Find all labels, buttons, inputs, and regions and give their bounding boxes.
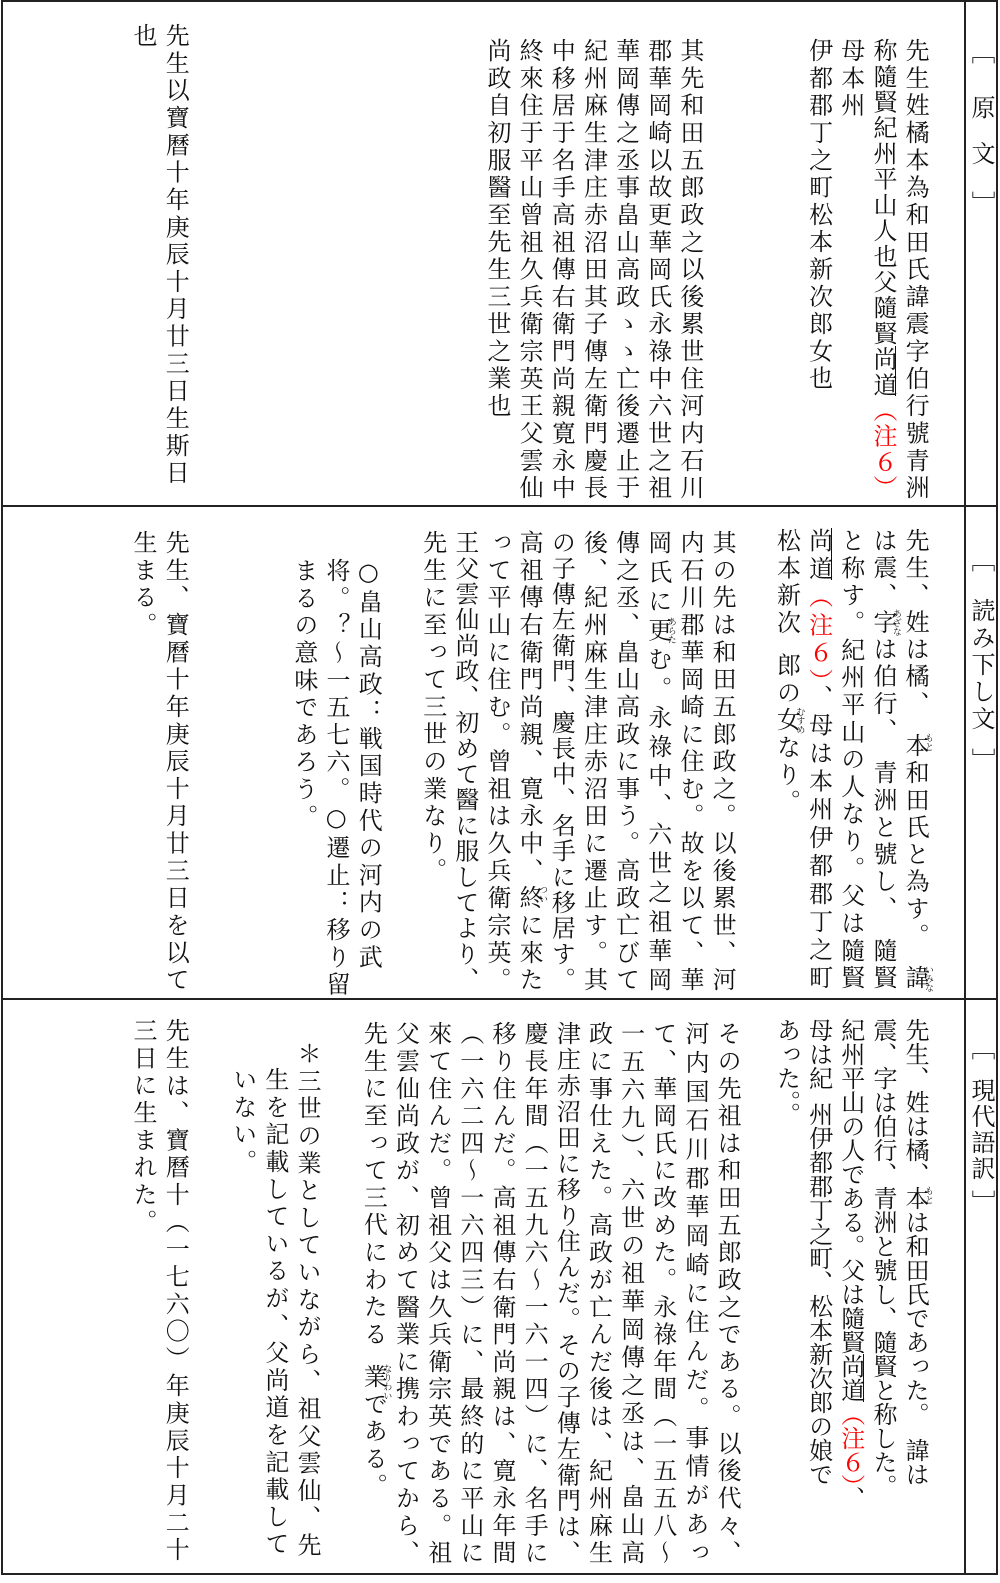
text-column: 震、字は伯行、青洲と號し、隨賢と称した。 xyxy=(867,1018,899,1561)
text-column: 一五六九）、六世の祖華岡傳之丞は、畠山高 xyxy=(614,1021,646,1564)
text-column: 郡華岡崎以故更華岡氏永祿中六世之祖 xyxy=(642,38,674,499)
text-column: 先生に至って三世の業なり。 xyxy=(417,530,449,991)
text-column: 先生姓橘本為和田氏諱震字伯行號青洲 xyxy=(899,38,931,499)
column-text: あった。。 xyxy=(772,1018,800,1126)
column-text: と称す。紀州平山の人なり。父は隨賢 xyxy=(837,528,865,992)
label-bracket-open: ［ xyxy=(967,1036,995,1060)
label-text: 読み下し文 xyxy=(967,598,995,733)
column-text: 先生、寶曆十年庚辰十月廿三日を以て xyxy=(161,530,189,994)
document-page: ［原文］ 先生姓橘本為和田氏諱震字伯行號青洲称隨賢紀州平山人也父隨賢尚道（注６）… xyxy=(0,0,1000,1583)
text-column: （一六二四～一六四三）に、最終的に平山に xyxy=(454,1021,486,1564)
row-divider xyxy=(1,998,998,1000)
section-label-original-text: ［原文］ xyxy=(965,40,997,215)
column-text: て、華岡氏に改めた。永祿年間（一五五八～ xyxy=(649,1021,677,1567)
column-text: 先生、姓は橘、本は和田氏であった。 諱は xyxy=(901,1018,929,1486)
column-text: 中移居于名手高祖傳右衛門尚親寛永中 xyxy=(547,38,575,502)
column-text: 慶長年間（一五九六～一六一四）に、名手に xyxy=(520,1021,548,1567)
text-column: 父雲仙尚政が、初めて醫業に携わってから、 xyxy=(389,1021,421,1564)
label-bracket-open: ［ xyxy=(967,40,995,64)
column-text: は震、字は伯行、 青洲と號し、 隨賢 xyxy=(869,528,897,992)
text-column: 王父雲仙尚政、初めて醫に服してより、 xyxy=(449,530,481,991)
column-text: 來て住んだ。曾祖父は久兵衛宗英である。祖 xyxy=(424,1021,452,1567)
column-text: 郡華岡崎以故更華岡氏永祿中六世之祖 xyxy=(644,38,672,502)
text-column: 中移居于名手高祖傳右衛門尚親寛永中 xyxy=(545,38,577,499)
text-column: 将。？～一五七六。○遷止：移り留 xyxy=(320,558,352,996)
column-text: 紀州麻生津庄赤沼田其子傳左衛門慶長 xyxy=(579,38,607,502)
translation-ancestry-paragraph: その先祖は和田五郎政之である。以後代々、河内国石川郡華岡崎に住んだ。事情があって… xyxy=(357,1021,743,1564)
note-reference: （注６） xyxy=(837,1402,865,1486)
text-column: 先生、姓は橘、本は和田氏であった。 諱は xyxy=(899,1018,931,1561)
text-column: 伊都郡丁之町松本新次郎女也 xyxy=(802,38,834,499)
label-bracket-close: ］ xyxy=(967,748,995,772)
text-column: の子傳左衛門、慶長中、名手に移居す。 xyxy=(545,530,577,991)
text-column: 内石川郡華岡崎に住む。故を以て、華 xyxy=(674,530,706,991)
reading-birth-paragraph: 先生、寶曆十年庚辰十月廿三日を以て生まる。 xyxy=(127,530,191,991)
text-column: 尚政自初服醫至先生三世之業也 xyxy=(481,38,513,499)
column-text: 尚政自初服醫至先生三世之業也 xyxy=(483,38,511,420)
text-column: 生まる。 xyxy=(127,530,159,991)
text-column: 後、紀州麻生津庄赤沼田に遷止す。其 xyxy=(577,530,609,991)
text-column: 政に事仕えた。高政が亡んだ後は、紀州麻生 xyxy=(582,1021,614,1564)
text-column: 生を記載しているが、父尚道を記載して xyxy=(259,1041,291,1561)
label-bracket-open: ［ xyxy=(967,548,995,572)
translation-intro-paragraph: 先生、姓は橘、本は和田氏であった。 諱は震、字は伯行、青洲と號し、隨賢と称した。… xyxy=(770,1018,931,1561)
reading-annotation-note: ○畠山高政：戦国時代の河内の武将。？～一五七六。○遷止：移り留まるの意味であろう… xyxy=(288,558,384,996)
section-label-kundoku-reading: ［読み下し文］ xyxy=(965,548,997,772)
ruby-text: むすめ xyxy=(794,707,804,734)
column-text: いない。 xyxy=(229,1067,257,1176)
column-text: 生を記載しているが、父尚道を記載して xyxy=(261,1067,289,1558)
text-column: 慶長年間（一五九六～一六一四）に、名手に xyxy=(518,1021,550,1564)
reading-intro-paragraph: 先生、姓は橘、 本和田氏と為す。 諱は震、字は伯行、 青洲と號し、 隨賢と称す。… xyxy=(770,528,931,989)
text-column: 先生以寶曆十年庚辰十月廿三日生斯日 xyxy=(159,23,191,484)
column-text: 其先和田五郎政之以後累世住河内石川 xyxy=(676,38,704,502)
text-column: あった。。 xyxy=(770,1018,802,1561)
text-column: 來て住んだ。曾祖父は久兵衛宗英である。祖 xyxy=(422,1021,454,1564)
column-text: 高祖傳右衛門尚親、寛永中、終に來た xyxy=(515,530,543,994)
text-column: ○畠山高政：戦国時代の河内の武 xyxy=(352,558,384,996)
sidelined-name: 尚道 xyxy=(805,528,833,584)
text-column: 華岡傳之丞事畠山高政ゝゝ亡後遷止于 xyxy=(609,38,641,499)
column-text: 後、紀州麻生津庄赤沼田に遷止す。其 xyxy=(579,530,607,994)
reading-ancestry-paragraph: 其の先は和田五郎政之。以後累世、河内石川郡華岡崎に住む。故を以て、華岡氏に更む。… xyxy=(417,530,739,991)
column-text: 生まる。 xyxy=(129,530,157,639)
column-text: 先生に至って三代にわたる 業である。 xyxy=(359,1021,387,1500)
column-text: 其の先は和田五郎政之。以後累世、河 xyxy=(708,530,736,994)
column-text: ○畠山高政：戦国時代の河内の武 xyxy=(354,558,382,972)
text-column: 三日に生まれた。 xyxy=(127,1018,159,1561)
column-text: ＊三世の業としていながら、祖父雲仙、先 xyxy=(293,1041,321,1560)
label-text: 現代語訳 xyxy=(967,1078,995,1182)
original-ancestry-paragraph: 其先和田五郎政之以後累世住河内石川郡華岡崎以故更華岡氏永祿中六世之祖華岡傳之丞事… xyxy=(481,38,706,499)
label-bracket-close: ］ xyxy=(967,191,995,215)
ruby-text: なりわい xyxy=(381,1364,391,1400)
text-column: 先生、姓は橘、 本和田氏と為す。 諱 xyxy=(899,528,931,989)
text-column: 母は紀 州伊都郡丁之町、松本新次郎の娘で xyxy=(802,1018,834,1561)
ruby-text: いみな xyxy=(923,965,933,992)
column-text: 伊都郡丁之町松本新次郎女也 xyxy=(805,38,833,393)
note-reference: （注６） xyxy=(805,584,833,684)
original-birth-paragraph: 先生以寶曆十年庚辰十月廿三日生斯日也 xyxy=(127,23,191,484)
column-text: 先生、姓は橘、 本和田氏と為す。 諱 xyxy=(901,528,929,992)
column-text: 先生は、寶曆十（一七六〇）年庚辰十月二十 xyxy=(161,1018,189,1564)
ruby-text: あらた xyxy=(666,617,676,644)
column-text: 母本州 xyxy=(837,38,865,120)
column-text: 移り住んだ。高祖傳右衛門尚親は、寛永年間 xyxy=(488,1021,516,1567)
column-text: 三日に生まれた。 xyxy=(129,1018,157,1236)
sidelined-name: 尚道 xyxy=(837,1354,865,1402)
text-column: と称す。紀州平山の人なり。父は隨賢 xyxy=(835,528,867,989)
column-text: 王父雲仙尚政、初めて醫に服してより、 xyxy=(451,530,479,993)
text-column: その先祖は和田五郎政之である。以後代々、 xyxy=(711,1021,743,1564)
row-divider xyxy=(1,505,998,507)
label-column-divider xyxy=(964,0,966,1575)
column-text: って平山に住む。曾祖は久兵衛宗英。 xyxy=(483,530,511,994)
ruby-text: もと xyxy=(923,733,933,751)
text-column: 也 xyxy=(127,23,159,484)
sidelined-name: 尚道 xyxy=(869,346,897,397)
label-bracket-close: ］ xyxy=(967,1190,995,1214)
text-column: 其の先は和田五郎政之。以後累世、河 xyxy=(706,530,738,991)
column-text: 内石川郡華岡崎に住む。故を以て、華 xyxy=(676,530,704,994)
text-column: は震、字は伯行、 青洲と號し、 隨賢 xyxy=(867,528,899,989)
column-text: その先祖は和田五郎政之である。以後代々、 xyxy=(713,1021,741,1567)
note-reference: （注６） xyxy=(869,398,897,501)
sideline-mark xyxy=(895,346,896,396)
text-column: 先生に至って三代にわたる 業である。 xyxy=(357,1021,389,1564)
column-text: 河内国石川郡華岡崎に住んだ。事情があっ xyxy=(681,1021,709,1569)
ruby-text: あざな xyxy=(891,609,901,636)
text-column: まるの意味であろう。 xyxy=(288,558,320,996)
column-text: 終來住于平山曾祖久兵衛宗英王父雲仙 xyxy=(515,38,543,502)
text-column: 傳之丞、畠山高政に事う。高政亡びて xyxy=(609,530,641,991)
original-intro-paragraph: 先生姓橘本為和田氏諱震字伯行號青洲称隨賢紀州平山人也父隨賢尚道（注６）母本州 xyxy=(835,38,931,499)
text-column: 其先和田五郎政之以後累世住河内石川 xyxy=(674,38,706,499)
column-text: 称隨賢紀州平山人也父隨賢尚道（注６） xyxy=(869,38,897,501)
column-text: 傳之丞、畠山高政に事う。高政亡びて xyxy=(612,530,640,994)
text-column: 松本新次 郎の女なり。 xyxy=(770,528,802,989)
text-column: 尚道（注６）、母は本州伊都郡丁之町 xyxy=(802,528,834,989)
text-column: 終來住于平山曾祖久兵衛宗英王父雲仙 xyxy=(513,38,545,499)
column-text: 先生姓橘本為和田氏諱震字伯行號青洲 xyxy=(901,38,929,502)
text-column: 高祖傳右衛門尚親、寛永中、終に來た xyxy=(513,530,545,991)
text-column: 津庄赤沼田に移り住んだ。その子傳左衛門は、 xyxy=(550,1021,582,1564)
column-text: 一五六九）、六世の祖華岡傳之丞は、畠山高 xyxy=(617,1021,645,1568)
original-mother-line: 伊都郡丁之町松本新次郎女也 xyxy=(802,38,834,499)
column-text: 尚道（注６）、母は本州伊都郡丁之町 xyxy=(805,528,833,993)
text-column: 紀州平山の人である。父は隨賢尚道（注６）、 xyxy=(835,1018,867,1561)
column-text: 先生以寶曆十年庚辰十月廿三日生斯日 xyxy=(161,23,189,487)
text-column: 移り住んだ。高祖傳右衛門尚親は、寛永年間 xyxy=(486,1021,518,1564)
label-text: 原文 xyxy=(967,95,995,187)
column-text: 紀州平山の人である。父は隨賢尚道（注６）、 xyxy=(837,1018,865,1510)
text-column: 河内国石川郡華岡崎に住んだ。事情があっ xyxy=(679,1021,711,1564)
text-column: って平山に住む。曾祖は久兵衛宗英。 xyxy=(481,530,513,991)
text-column: 岡氏に更む。永祿中、六世之祖華岡 xyxy=(642,530,674,991)
text-column: 先生は、寶曆十（一七六〇）年庚辰十月二十 xyxy=(159,1018,191,1561)
translation-annotation-note: ＊三世の業としていながら、祖父雲仙、先生を記載しているが、父尚道を記載していない… xyxy=(227,1041,323,1561)
translation-birth-paragraph: 先生は、寶曆十（一七六〇）年庚辰十月二十三日に生まれた。 xyxy=(127,1018,191,1561)
column-text: 将。？～一五七六。○遷止：移り留 xyxy=(322,558,350,999)
column-text: （一六二四～一六四三）に、最終的に平山に xyxy=(456,1021,484,1567)
text-column: 紀州麻生津庄赤沼田其子傳左衛門慶長 xyxy=(577,38,609,499)
ruby-text: もと xyxy=(923,1186,933,1204)
sideline-mark xyxy=(831,528,832,580)
text-column: て、華岡氏に改めた。永祿年間（一五五八～ xyxy=(647,1021,679,1564)
text-column: ＊三世の業としていながら、祖父雲仙、先 xyxy=(291,1041,323,1561)
text-column: 母本州 xyxy=(835,38,867,499)
column-text: の子傳左衛門、慶長中、名手に移居す。 xyxy=(547,530,575,993)
column-text: まるの意味であろう。 xyxy=(290,558,318,831)
column-text: 岡氏に更む。永祿中、六世之祖華岡 xyxy=(644,530,672,996)
section-label-modern-translation: ［現代語訳］ xyxy=(965,1036,997,1214)
column-text: 華岡傳之丞事畠山高政ゝゝ亡後遷止于 xyxy=(612,38,640,502)
sideline-mark xyxy=(863,1354,864,1402)
text-column: いない。 xyxy=(227,1041,259,1561)
column-text: 父雲仙尚政が、初めて醫業に携わってから、 xyxy=(392,1021,420,1567)
column-text: 松本新次 郎の女なり。 xyxy=(772,528,800,816)
column-text: 政に事仕えた。高政が亡んだ後は、紀州麻生 xyxy=(584,1021,612,1567)
column-text: 震、字は伯行、青洲と號し、隨賢と称した。 xyxy=(869,1018,897,1498)
ruby-text: つい xyxy=(537,885,547,903)
column-text: 津庄赤沼田に移り住んだ。その子傳左衛門は、 xyxy=(552,1021,580,1566)
column-text: 先生に至って三世の業なり。 xyxy=(419,530,447,885)
text-column: 先生、寶曆十年庚辰十月廿三日を以て xyxy=(159,530,191,991)
column-text: 母は紀 州伊都郡丁之町、松本新次郎の娘で xyxy=(805,1018,833,1486)
text-column: 称隨賢紀州平山人也父隨賢尚道（注６） xyxy=(867,38,899,499)
column-text: 也 xyxy=(129,23,157,50)
